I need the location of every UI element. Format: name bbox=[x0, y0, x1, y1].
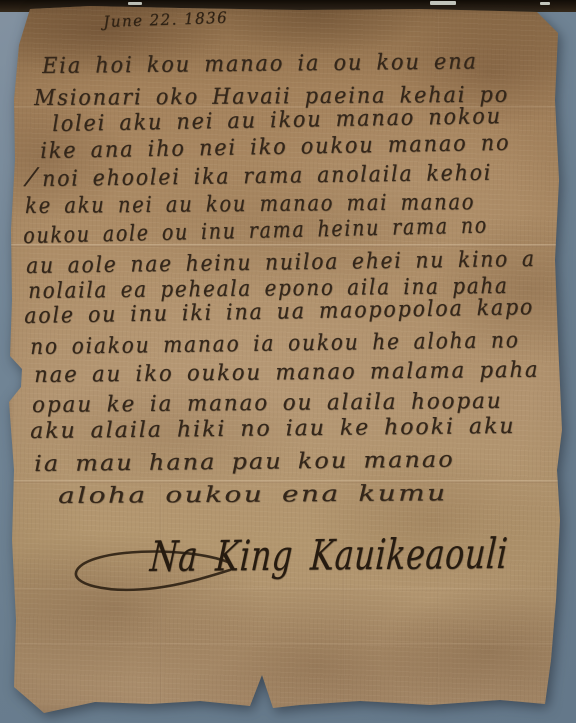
scanned-letter-view: June 22. 1836 / Eia hoi kou manao ia ou … bbox=[0, 0, 576, 723]
fold-line-horizontal bbox=[8, 643, 566, 646]
letter-date: June 22. 1836 bbox=[103, 9, 228, 31]
letter-line-16: aloha oukou ena kumu bbox=[58, 481, 448, 509]
letter-line-12: nae au iko oukou manao malama paha bbox=[34, 358, 540, 388]
letter-paper: June 22. 1836 / Eia hoi kou manao ia ou … bbox=[0, 0, 576, 723]
margin-mark: / bbox=[24, 161, 38, 192]
letter-line-5: noi ehoolei ika rama anolaila kehoi bbox=[42, 161, 492, 192]
letter-line-1: Eia hoi kou manao ia ou kou ena bbox=[42, 49, 478, 79]
letter-line-14: aku alaila hiki no iau ke hooki aku bbox=[30, 414, 516, 444]
letter-line-15: ia mau hana pau kou manao bbox=[34, 448, 455, 477]
letter-line-11: no oiakou manao ia oukou he aloha no bbox=[30, 328, 520, 360]
signature-block: Na King Kauikeaouli bbox=[0, 518, 576, 618]
letter-paper-wrap: June 22. 1836 / Eia hoi kou manao ia ou … bbox=[0, 0, 576, 723]
letter-line-13: opau ke ia manao ou alaila hoopau bbox=[32, 389, 503, 418]
signature-text: Na King Kauikeaouli bbox=[149, 529, 510, 581]
